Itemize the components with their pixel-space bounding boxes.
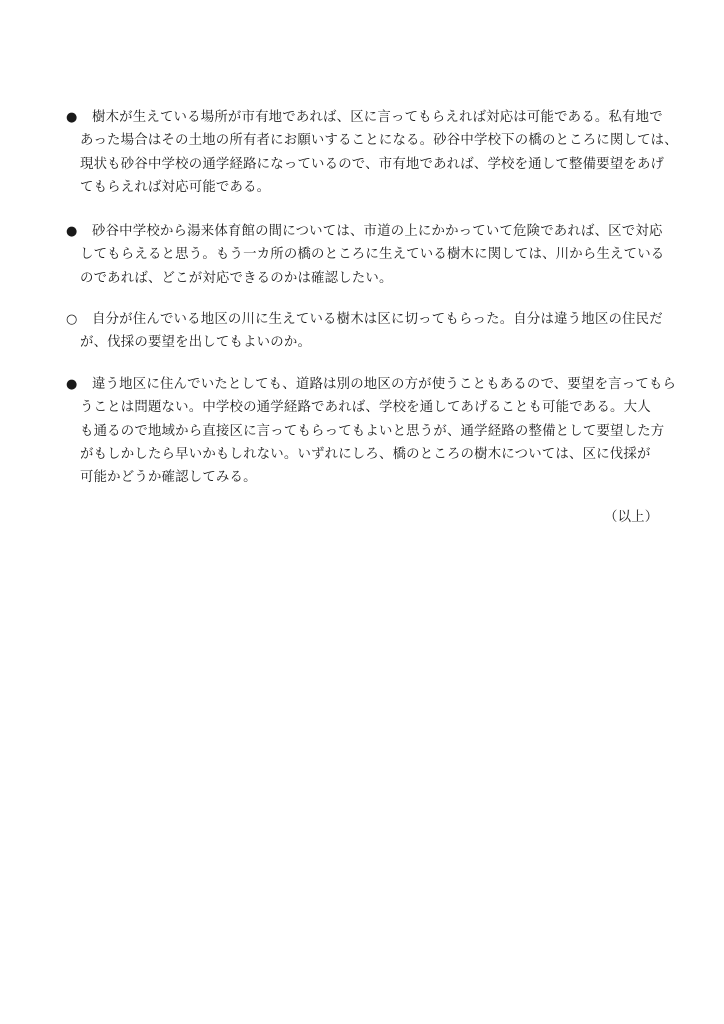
open-bullet-icon: ○ xyxy=(66,308,80,331)
text-line: 砂谷中学校から湯来体育館の間については、市道の上にかかっていて危険であれば、区で… xyxy=(66,220,666,243)
text-line: 違う地区に住んでいたとしても、道路は別の地区の方が使うこともあるので、要望を言っ… xyxy=(66,373,666,396)
text-line: がもしかしたら早いかもしれない。いずれにしろ、橋のところの樹木については、区に伐… xyxy=(66,443,666,466)
text-line: も通るので地域から直接区に言ってもらってもよいと思うが、通学経路の整備として要望… xyxy=(66,420,666,443)
text-line: 現状も砂谷中学校の通学経路になっているので、市有地であれば、学校を通して整備要望… xyxy=(66,153,666,176)
document-page: ● 樹木が生えている場所が市有地であれば、区に言ってもらえれば対応は可能である。… xyxy=(0,0,724,1024)
filled-bullet-icon: ● xyxy=(66,220,80,243)
question-item: ○ 自分が住んでいる地区の川に生えている樹木は区に切ってもらった。自分は違う地区… xyxy=(66,308,666,355)
statement-item-1: ● 樹木が生えている場所が市有地であれば、区に言ってもらえれば対応は可能である。… xyxy=(66,106,666,199)
statement-item-2: ● 砂谷中学校から湯来体育館の間については、市道の上にかかっていて危険であれば、… xyxy=(66,220,666,290)
filled-bullet-icon: ● xyxy=(66,106,80,129)
text-line: してもらえると思う。もう一カ所の橋のところに生えている樹木に関しては、川から生え… xyxy=(66,243,666,266)
text-line: てもらえれば対応可能である。 xyxy=(66,176,666,199)
filled-bullet-icon: ● xyxy=(66,373,80,396)
statement-item-3: ● 違う地区に住んでいたとしても、道路は別の地区の方が使うこともあるので、要望を… xyxy=(66,373,666,489)
text-line: のであれば、どこが対応できるのかは確認したい。 xyxy=(66,267,666,290)
text-line: うことは問題ない。中学校の通学経路であれば、学校を通してあげることも可能である。… xyxy=(66,396,666,419)
text-line: が、伐採の要望を出してもよいのか。 xyxy=(66,331,666,354)
text-line: あった場合はその土地の所有者にお願いすることになる。砂谷中学校下の橋のところに関… xyxy=(66,129,666,152)
text-line: 可能かどうか確認してみる。 xyxy=(66,466,666,489)
text-line: 自分が住んでいる地区の川に生えている樹木は区に切ってもらった。自分は違う地区の住… xyxy=(66,308,666,331)
closing-mark: （以上） xyxy=(604,506,658,525)
text-line: 樹木が生えている場所が市有地であれば、区に言ってもらえれば対応は可能である。私有… xyxy=(66,106,666,129)
